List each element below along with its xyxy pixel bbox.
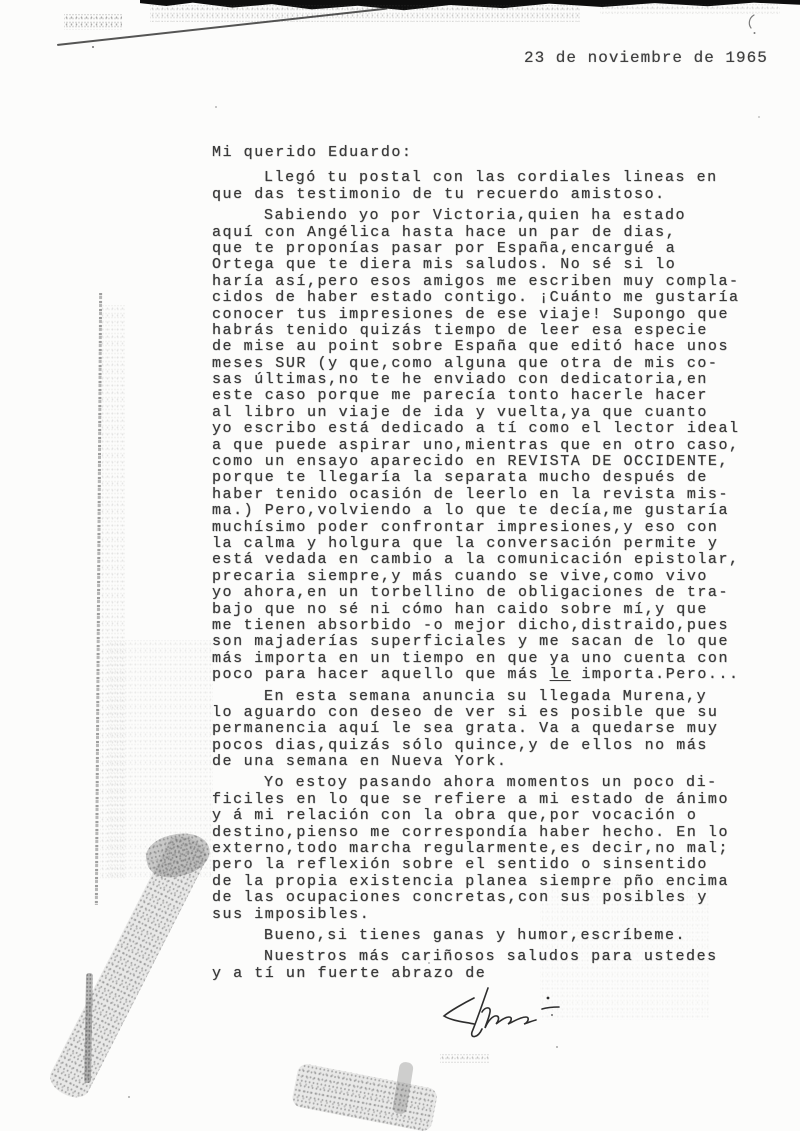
top-left-specks — [64, 14, 122, 30]
letter-line: a que puede aspirar uno,mientras que en … — [212, 438, 757, 454]
stray-dot — [758, 116, 760, 118]
scan-top-speckle — [150, 5, 580, 22]
letter-line: de una semana en Nueva York. — [212, 754, 757, 770]
letter-line: cidos de haber estado contigo. ¡Cuánto m… — [212, 290, 757, 306]
letter-line: este caso porque me parecía tonto hacerl… — [212, 388, 757, 404]
letter-line: haría así,pero esos amigos me escriben m… — [212, 274, 757, 290]
underlined-word: le — [550, 666, 571, 683]
letter-line: bajo que no sé ni cómo han caido sobre m… — [212, 602, 757, 618]
letter-line: habrás tenido quizás tiempo de leer esa … — [212, 323, 757, 339]
letter-line: conocer tus impresiones de ese viaje! Su… — [212, 307, 757, 323]
stray-dot — [556, 1046, 558, 1048]
letter-line: permanencia aquí le sea grata. Va a qued… — [212, 721, 757, 737]
letter-line: Sabiendo yo por Victoria,quien ha estado — [212, 208, 757, 224]
letter-line: pocos dias,quizás sólo quince,y de ellos… — [212, 738, 757, 754]
letter-line: está vedada en cambio a la comunicación … — [212, 552, 757, 568]
letter-line: de mise au point sobre España que editó … — [212, 339, 757, 355]
letter-line: Mi querido Eduardo: — [212, 145, 757, 161]
letter-line: ma.) Pero,volviendo a lo que te decía,me… — [212, 503, 757, 519]
letter-line: destino,pienso me correspondía haber hec… — [212, 825, 757, 841]
letter-line: sas últimas,no te he enviado con dedicat… — [212, 372, 757, 388]
letter-line: que te proponías pasar por España,encarg… — [212, 241, 757, 257]
date-line: 23 de noviembre de 1965 — [524, 49, 768, 67]
letter-line: poco para hacer aquello que más le impor… — [212, 667, 757, 683]
smudge-horizontal-artifact — [291, 1062, 439, 1131]
letter-line: la calma y holgura que la conversación p… — [212, 536, 757, 552]
letter-line: son majaderías superficiales y me sacan … — [212, 634, 757, 650]
scanned-letter-page: 23 de noviembre de 1965 Mi querido Eduar… — [0, 0, 800, 1131]
letter-line: yo ahora,en un torbellino de obligacione… — [212, 585, 757, 601]
letter-line: que das testimonio de tu recuerdo amisto… — [212, 187, 757, 203]
letter-paragraph: Llegó tu postal con las cordiales lineas… — [212, 170, 757, 203]
letter-line: como un ensayo aparecido en REVISTA DE O… — [212, 454, 757, 470]
letter-line: yo escribo está dedicado a tí como el le… — [212, 421, 757, 437]
letter-line: y á mi relación con la obra que,por voca… — [212, 808, 757, 824]
letter-line: haber tenido ocasión de leerlo en la rev… — [212, 487, 757, 503]
stray-dot — [215, 106, 217, 108]
letter-line: precaria siempre,y más cuando se vive,co… — [212, 569, 757, 585]
letter-line: al libro un viaje de ida y vuelta,ya que… — [212, 405, 757, 421]
letter-line: meses SUR (y que,como alguna que otra de… — [212, 356, 757, 372]
under-signature-specks — [440, 1054, 490, 1063]
letter-line: ficiles en lo que se refiere a mi estado… — [212, 792, 757, 808]
letter-line: Yo estoy pasando ahora momentos un poco … — [212, 775, 757, 791]
letter-paragraph: Sabiendo yo por Victoria,quien ha estado… — [212, 208, 757, 683]
letter-line: porque te llegaría la separata mucho des… — [212, 470, 757, 486]
signature-scrawl — [438, 982, 568, 1042]
letter-line: Ortega que te diera mis saludos. No sé s… — [212, 257, 757, 273]
letter-line: más importa en un tiempo en que ya uno c… — [212, 651, 757, 667]
letter-line: En esta semana anuncia su llegada Murena… — [212, 689, 757, 705]
letter-line: muchísimo poder confrontar impresiones,y… — [212, 520, 757, 536]
letter-line: externo,todo marcha regularmente,es deci… — [212, 841, 757, 857]
stray-dot — [92, 46, 94, 48]
letter-line: pero la reflexión sobre el sentido o sin… — [212, 857, 757, 873]
letter-line: me tienen absorbido -o mejor dicho,distr… — [212, 618, 757, 634]
stray-dot — [128, 1096, 130, 1098]
letter-paragraph: En esta semana anuncia su llegada Murena… — [212, 689, 757, 771]
stray-dot — [428, 962, 430, 964]
letter-body: Mi querido Eduardo:Llegó tu postal con l… — [212, 136, 757, 982]
letter-line: aquí con Angélica hasta hace un par de d… — [212, 225, 757, 241]
pen-curl-mark — [744, 13, 760, 39]
letter-line: lo aguardo con deseo de ver si es posibl… — [212, 705, 757, 721]
letter-line: Llegó tu postal con las cordiales lineas… — [212, 170, 757, 186]
letter-paragraph: Mi querido Eduardo: — [212, 145, 757, 161]
